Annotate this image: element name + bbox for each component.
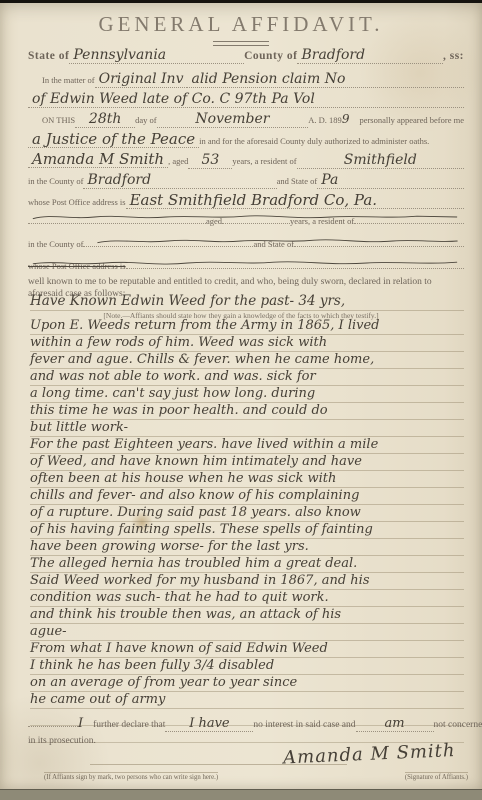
state-label: State of [28,50,69,62]
age-value: 53 [188,153,232,169]
affiant1-state: Pa [317,173,464,189]
statement-line: The alleged hernia has troubled him a gr… [30,556,464,573]
affiant1-county-row: in the County of Bradford and State of P… [28,173,464,189]
affiant1-name: Amanda M Smith [28,152,168,168]
appearance-row: ON THIS 28th day of November A. D. 1899 … [28,112,464,128]
county-label: County of [244,50,297,62]
resident-label: years, a resident of [232,156,296,166]
statement-line: I think he has been fully 3/4 disabled [30,658,464,675]
statement-line: have been growing worse- for the last yr… [30,539,464,556]
affiant1-county: Bradford [83,173,276,189]
statement-line: Upon E. Weeds return from the Army in 18… [30,318,464,335]
po-label: whose Post Office address is [28,197,126,207]
declaration-row: I further declare that I have no interes… [28,716,464,732]
statement-line: he came out of army [30,692,464,709]
statement-line: condition was such- that he had to quit … [30,590,464,607]
matter-label: In the matter of [28,75,95,85]
matter-value-2: alid Pension claim No [187,72,464,88]
affiant2-county-label: in the County of [28,239,83,249]
declaration-hw-pre: I [78,716,83,731]
mark-note-label: (If Affiants sign by mark, two persons w… [44,772,218,781]
statement-line: but little work- [30,420,464,437]
statement-line: often been at his house when he was sick… [30,471,464,488]
declaration-hw-1: I have [165,716,253,732]
statement-line: From what I have known of said Edwin Wee… [30,641,464,658]
declaration-label-2: no interest in said case and [253,720,355,730]
declaration-label-1: further declare that [93,720,165,730]
statement-line: within a few rods of him. Weed was sick … [30,335,464,352]
affidavit-statement: Upon E. Weeds return from the Army in 18… [30,318,464,743]
matter-value-1: Original Inv [95,72,188,88]
statement-line: chills and fever- and also know of his c… [30,488,464,505]
statement-line: Said Weed worked for my husband in 1867,… [30,573,464,590]
document-title: GENERAL AFFIDAVIT. [0,12,482,37]
scan-edge-strip [0,789,482,800]
aged-label: , aged [168,156,188,166]
matter-row: In the matter of Original Inv alid Pensi… [28,72,464,88]
month-value: November [157,112,309,128]
on-this-label: ON THIS [28,115,75,125]
matter-row-2: of Edwin Weed late of Co. C 97th Pa Vol [28,92,464,108]
ss-label: , ss: [443,50,464,62]
officer-row: a Justice of the Peace in and for the af… [28,132,464,148]
county-value: Bradford [297,48,443,64]
statement-line: a long time. can't say just how long. du… [30,386,464,403]
officer-suffix-label: in and for the aforesaid County duly aut… [199,136,429,146]
matter-value-line2: of Edwin Weed late of Co. C 97th Pa Vol [28,92,464,108]
statement-line: on an average of from year to year since [30,675,464,692]
day-of-label: day of [135,115,156,125]
residence-value: Smithfield [297,153,464,169]
declaration-label-3: not concerned [434,720,482,730]
jurisdiction-row: State of Pennsylvania County of Bradford… [28,48,464,64]
affiant1-po-row: whose Post Office address is East Smithf… [28,193,464,209]
declaration-hw-2: am [356,716,434,732]
state-of-label: and State of [277,176,318,186]
prosecution-label: in its prosecution. [28,736,96,746]
statement-line: of his having fainting spells. These spe… [30,522,464,539]
po-value: East Smithfield Bradford Co, Pa. [126,193,464,209]
state-value: Pennsylvania [69,48,244,64]
strikeout-squiggle [30,258,460,268]
statement-line: fever and ague. Chills & fever. when he … [30,352,464,369]
officer-value: a Justice of the Peace [28,132,199,148]
statement-line: and was not able to work. and was. sick … [30,369,464,386]
statement-opening: Have Known Edwin Weed for the past- 34 y… [30,293,464,311]
affidavit-scan: GENERAL AFFIDAVIT. State of Pennsylvania… [0,0,482,800]
signature-caption-label: (Signature of Affiants.) [405,772,468,781]
affiant1-name-row: Amanda M Smith , aged 53 years, a reside… [28,152,464,169]
affiant-signature: Amanda M Smith [283,740,456,769]
statement-line: of Weed, and have known him intimately a… [30,454,464,471]
footer-row: (If Affiants sign by mark, two persons w… [0,772,482,781]
statement-line: this time he was in poor health. and cou… [30,403,464,420]
county-of-label: in the County of [28,176,83,186]
strikeout-squiggle [30,212,460,222]
day-value: 28th [75,112,135,128]
statement-line: and think his trouble then was, an attac… [30,607,464,624]
appeared-label: personally appeared before me [359,115,464,125]
year-digit: 9 [342,112,350,126]
strikeout-squiggle [95,236,460,246]
ad-label: A. D. 189 [308,115,342,125]
statement-line: ague- [30,624,464,641]
statement-line: For the past Eighteen years. have lived … [30,437,464,454]
title-divider [213,41,269,46]
statement-line: of a rupture. During said past 18 years.… [30,505,464,522]
